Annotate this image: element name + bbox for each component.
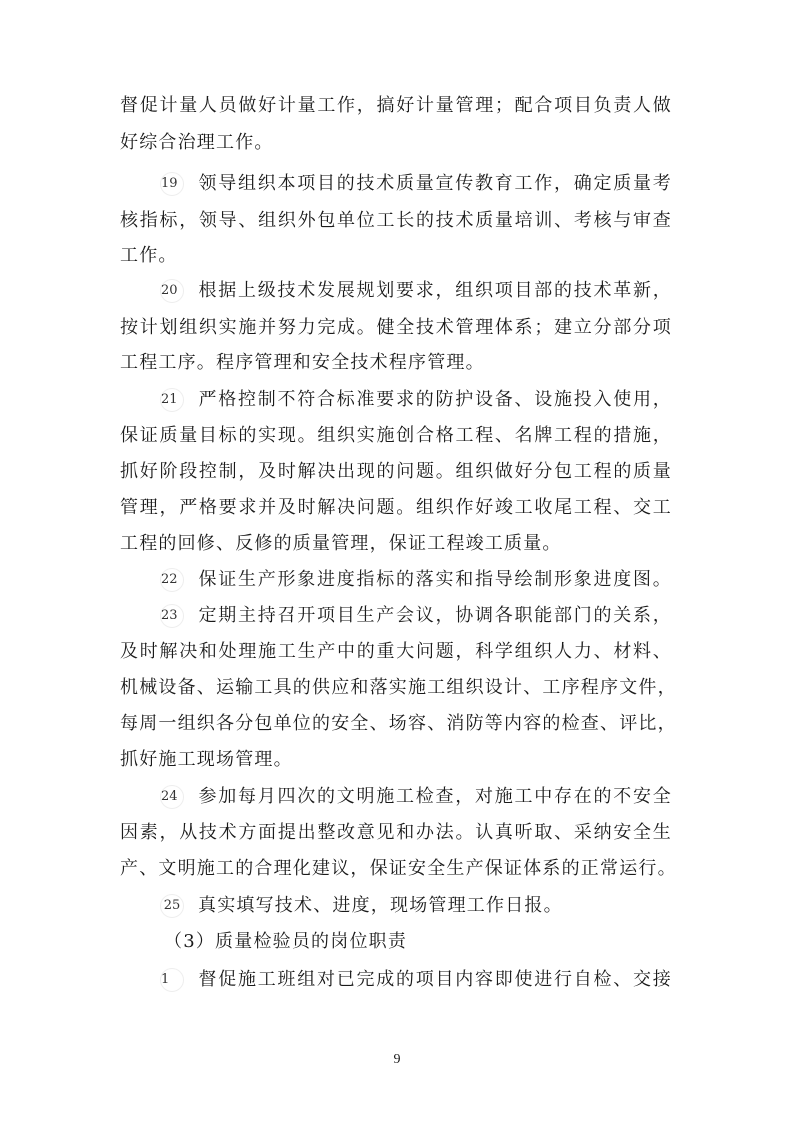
document-page: 督促计量人员做好计量工作，搞好计量管理；配合项目负责人做好综合治理工作。19领导… (0, 0, 794, 1122)
line-text: 机械设备、运输工具的供应和落实施工组织设计、工序程序文件， (120, 677, 677, 698)
numbered-paragraph-line: 20根据上级技术发展规划要求，组织项目部的技术革新， (160, 279, 672, 303)
line-text: 产、文明施工的合理化建议，保证安全生产保证体系的正常运行。 (120, 858, 677, 879)
line-text: 领导组织本项目的技术质量宣传教育工作，确定质量考 (198, 173, 672, 194)
paragraph-line: 工程的回修、反修的质量管理，保证工程竣工质量。 (120, 532, 672, 556)
line-text: 好综合治理工作。 (120, 132, 274, 153)
line-text: 定期主持召开项目生产会议，协调各职能部门的关系， (198, 605, 672, 626)
paragraph-line: 核指标，领导、组织外包单位工长的技术质量培训、考核与审查 (120, 209, 672, 233)
numbered-paragraph-line: 25真实填写技术、进度，现场管理工作日报。 (160, 894, 672, 918)
line-text: 抓好施工现场管理。 (120, 749, 293, 770)
paragraph-line: 抓好施工现场管理。 (120, 748, 672, 772)
paragraph-line: 机械设备、运输工具的供应和落实施工组织设计、工序程序文件， (120, 676, 672, 700)
line-text: 严格控制不符合标准要求的防护设备、设施投入使用， (198, 389, 672, 410)
paragraph-line: 按计划组织实施并努力完成。健全技术管理体系；建立分部分项 (120, 316, 672, 340)
paragraph-line: 抓好阶段控制，及时解决出现的问题。组织做好分包工程的质量 (120, 460, 672, 484)
item-number-marker: 25 (160, 894, 184, 918)
numbered-paragraph-line: 1督促施工班组对已完成的项目内容即使进行自检、交接 (160, 968, 672, 992)
numbered-paragraph-line: 23定期主持召开项目生产会议，协调各职能部门的关系， (160, 604, 672, 628)
item-number-marker: 22 (160, 568, 184, 592)
item-number-marker: 1 (160, 968, 184, 992)
paragraph-line: 产、文明施工的合理化建议，保证安全生产保证体系的正常运行。 (120, 857, 672, 881)
paragraph-line: 及时解决和处理施工生产中的重大问题，科学组织人力、材料、 (120, 640, 672, 664)
item-number-marker: 24 (160, 785, 184, 809)
line-text: 根据上级技术发展规划要求，组织项目部的技术革新， (198, 280, 672, 301)
paragraph-line: 督促计量人员做好计量工作，搞好计量管理；配合项目负责人做 (120, 94, 672, 118)
item-number-marker: 19 (160, 172, 184, 196)
item-number-marker: 21 (160, 388, 184, 412)
line-text: 保证质量目标的实现。组织实施创合格工程、名牌工程的措施， (120, 425, 672, 446)
line-text: 按计划组织实施并努力完成。健全技术管理体系；建立分部分项 (120, 317, 672, 338)
line-text: 因素，从技术方面提出整改意见和办法。认真听取、采纳安全生 (120, 822, 672, 843)
line-text: 管理，严格要求并及时解决问题。组织作好竣工收尾工程、交工 (120, 497, 672, 518)
item-number-marker: 20 (160, 279, 184, 303)
numbered-paragraph-line: 24参加每月四次的文明施工检查，对施工中存在的不安全 (160, 785, 672, 809)
line-text: 抓好阶段控制，及时解决出现的问题。组织做好分包工程的质量 (120, 461, 672, 482)
line-text: 工作。 (120, 245, 178, 266)
line-text: 督促计量人员做好计量工作，搞好计量管理；配合项目负责人做 (120, 95, 672, 116)
paragraph-line: 工程工序。程序管理和安全技术程序管理。 (120, 351, 672, 375)
line-text: 工程工序。程序管理和安全技术程序管理。 (120, 352, 485, 373)
paragraph-line: 因素，从技术方面提出整改意见和办法。认真听取、采纳安全生 (120, 821, 672, 845)
paragraph-line: 管理，严格要求并及时解决问题。组织作好竣工收尾工程、交工 (120, 496, 672, 520)
item-number-marker: 23 (160, 604, 184, 628)
line-text: 督促施工班组对已完成的项目内容即使进行自检、交接 (198, 969, 672, 990)
line-text: 真实填写技术、进度，现场管理工作日报。 (198, 895, 563, 916)
paragraph-line: 保证质量目标的实现。组织实施创合格工程、名牌工程的措施， (120, 424, 672, 448)
paragraph-line: （3）质量检验员的岗位职责 (164, 930, 672, 954)
paragraph-line: 每周一组织各分包单位的安全、场容、消防等内容的检查、评比， (120, 712, 672, 736)
line-text: 工程的回修、反修的质量管理，保证工程竣工质量。 (120, 533, 562, 554)
numbered-paragraph-line: 19领导组织本项目的技术质量宣传教育工作，确定质量考 (160, 172, 672, 196)
line-text: 每周一组织各分包单位的安全、场容、消防等内容的检查、评比， (120, 713, 677, 734)
line-text: 保证生产形象进度指标的落实和指导绘制形象进度图。 (198, 569, 672, 590)
paragraph-line: 好综合治理工作。 (120, 131, 672, 155)
paragraph-line: 工作。 (120, 244, 672, 268)
line-text: 参加每月四次的文明施工检查，对施工中存在的不安全 (198, 786, 672, 807)
line-text: 核指标，领导、组织外包单位工长的技术质量培训、考核与审查 (120, 210, 672, 231)
numbered-paragraph-line: 22保证生产形象进度指标的落实和指导绘制形象进度图。 (160, 568, 672, 592)
line-text: （3）质量检验员的岗位职责 (164, 931, 407, 952)
line-text: 及时解决和处理施工生产中的重大问题，科学组织人力、材料、 (120, 641, 672, 662)
page-number: 9 (0, 1052, 794, 1068)
numbered-paragraph-line: 21严格控制不符合标准要求的防护设备、设施投入使用， (160, 388, 672, 412)
